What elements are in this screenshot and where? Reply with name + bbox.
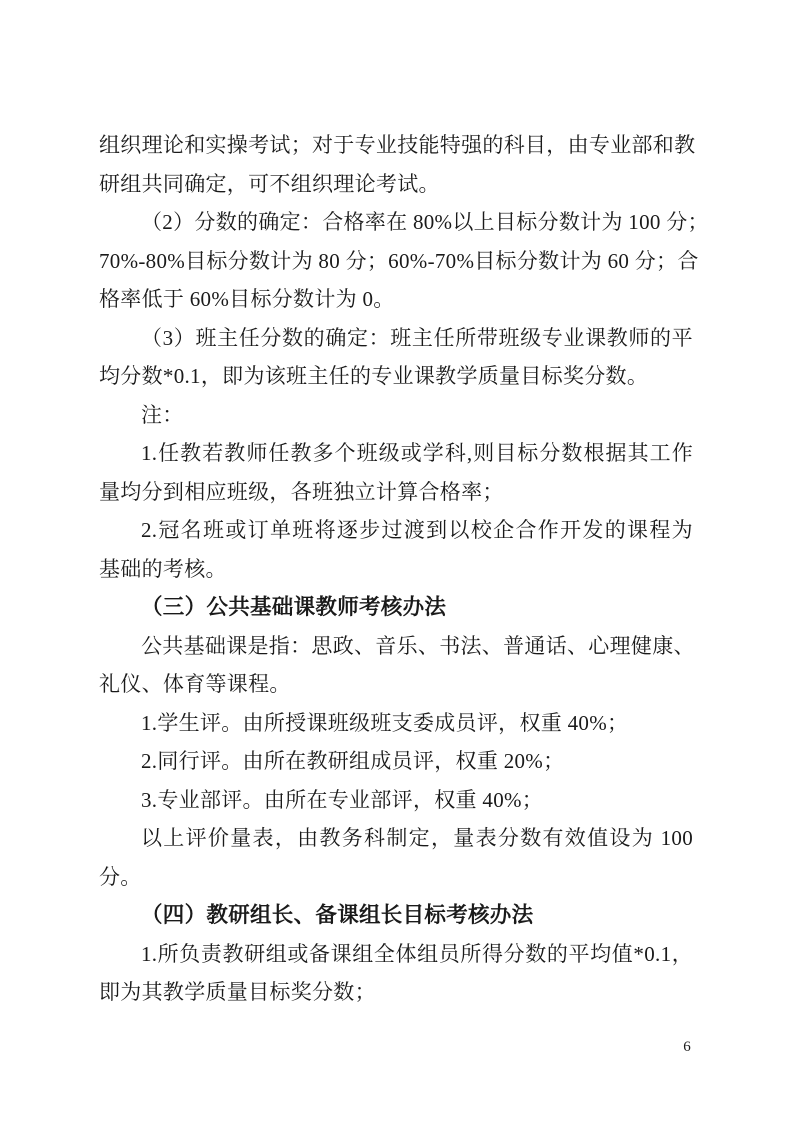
- paragraph: 3.专业部评。由所在专业部评，权重 40%；: [99, 781, 693, 820]
- paragraph: 2.冠名班或订单班将逐步过渡到以校企合作开发的课程为基础的考核。: [99, 511, 693, 588]
- text-line: 2.冠名班或订单班将逐步过渡到以校企合作开发的课程为: [99, 511, 693, 550]
- paragraph: （3）班主任分数的确定：班主任所带班级专业课教师的平均分数*0.1，即为该班主任…: [99, 319, 693, 396]
- paragraph: 公共基础课是指：思政、音乐、书法、普通话、心理健康、礼仪、体育等课程。: [99, 627, 693, 704]
- text-line: 量均分到相应班级，各班独立计算合格率；: [99, 473, 693, 512]
- text-line: 1.所负责教研组或备课组全体组员所得分数的平均值*0.1，: [99, 935, 693, 974]
- text-line: 礼仪、体育等课程。: [99, 665, 693, 704]
- text-line: （3）班主任分数的确定：班主任所带班级专业课教师的平: [99, 319, 693, 358]
- section-heading: （三）公共基础课教师考核办法: [99, 588, 693, 627]
- text-line: 格率低于 60%目标分数计为 0。: [99, 280, 693, 319]
- text-line: 均分数*0.1，即为该班主任的专业课教学质量目标奖分数。: [99, 357, 693, 396]
- paragraph: 1.任教若教师任教多个班级或学科,则目标分数根据其工作量均分到相应班级，各班独立…: [99, 434, 693, 511]
- text-line: 70%-80%目标分数计为 80 分；60%-70%目标分数计为 60 分；合: [99, 242, 693, 281]
- text-line: 1.任教若教师任教多个班级或学科,则目标分数根据其工作: [99, 434, 693, 473]
- document-page: 组织理论和实操考试；对于专业技能特强的科目，由专业部和教研组共同确定，可不组织理…: [0, 0, 793, 1122]
- text-line: 即为其教学质量目标奖分数；: [99, 973, 693, 1012]
- paragraph: （2）分数的确定：合格率在 80%以上目标分数计为 100 分；70%-80%目…: [99, 203, 693, 319]
- text-line: 2.同行评。由所在教研组成员评，权重 20%；: [99, 742, 693, 781]
- paragraph: 2.同行评。由所在教研组成员评，权重 20%；: [99, 742, 693, 781]
- text-line: 研组共同确定，可不组织理论考试。: [99, 165, 693, 204]
- text-line: 公共基础课是指：思政、音乐、书法、普通话、心理健康、: [99, 627, 693, 666]
- text-line: 注：: [99, 396, 693, 435]
- section-heading: （四）教研组长、备课组长目标考核办法: [99, 896, 693, 935]
- paragraph: 组织理论和实操考试；对于专业技能特强的科目，由专业部和教研组共同确定，可不组织理…: [99, 126, 693, 203]
- text-line: 以上评价量表，由教务科制定，量表分数有效值设为 100: [99, 819, 693, 858]
- heading-line: （四）教研组长、备课组长目标考核办法: [99, 896, 693, 935]
- paragraph: 以上评价量表，由教务科制定，量表分数有效值设为 100分。: [99, 819, 693, 896]
- document-body: 组织理论和实操考试；对于专业技能特强的科目，由专业部和教研组共同确定，可不组织理…: [99, 126, 693, 1012]
- page-number: 6: [676, 1036, 698, 1058]
- paragraph: 注：: [99, 396, 693, 435]
- paragraph: 1.学生评。由所授课班级班支委成员评，权重 40%；: [99, 704, 693, 743]
- heading-line: （三）公共基础课教师考核办法: [99, 588, 693, 627]
- text-line: 基础的考核。: [99, 550, 693, 589]
- text-line: （2）分数的确定：合格率在 80%以上目标分数计为 100 分；: [99, 203, 693, 242]
- text-line: 组织理论和实操考试；对于专业技能特强的科目，由专业部和教: [99, 126, 693, 165]
- text-line: 分。: [99, 858, 693, 897]
- text-line: 3.专业部评。由所在专业部评，权重 40%；: [99, 781, 693, 820]
- text-line: 1.学生评。由所授课班级班支委成员评，权重 40%；: [99, 704, 693, 743]
- paragraph: 1.所负责教研组或备课组全体组员所得分数的平均值*0.1，即为其教学质量目标奖分…: [99, 935, 693, 1012]
